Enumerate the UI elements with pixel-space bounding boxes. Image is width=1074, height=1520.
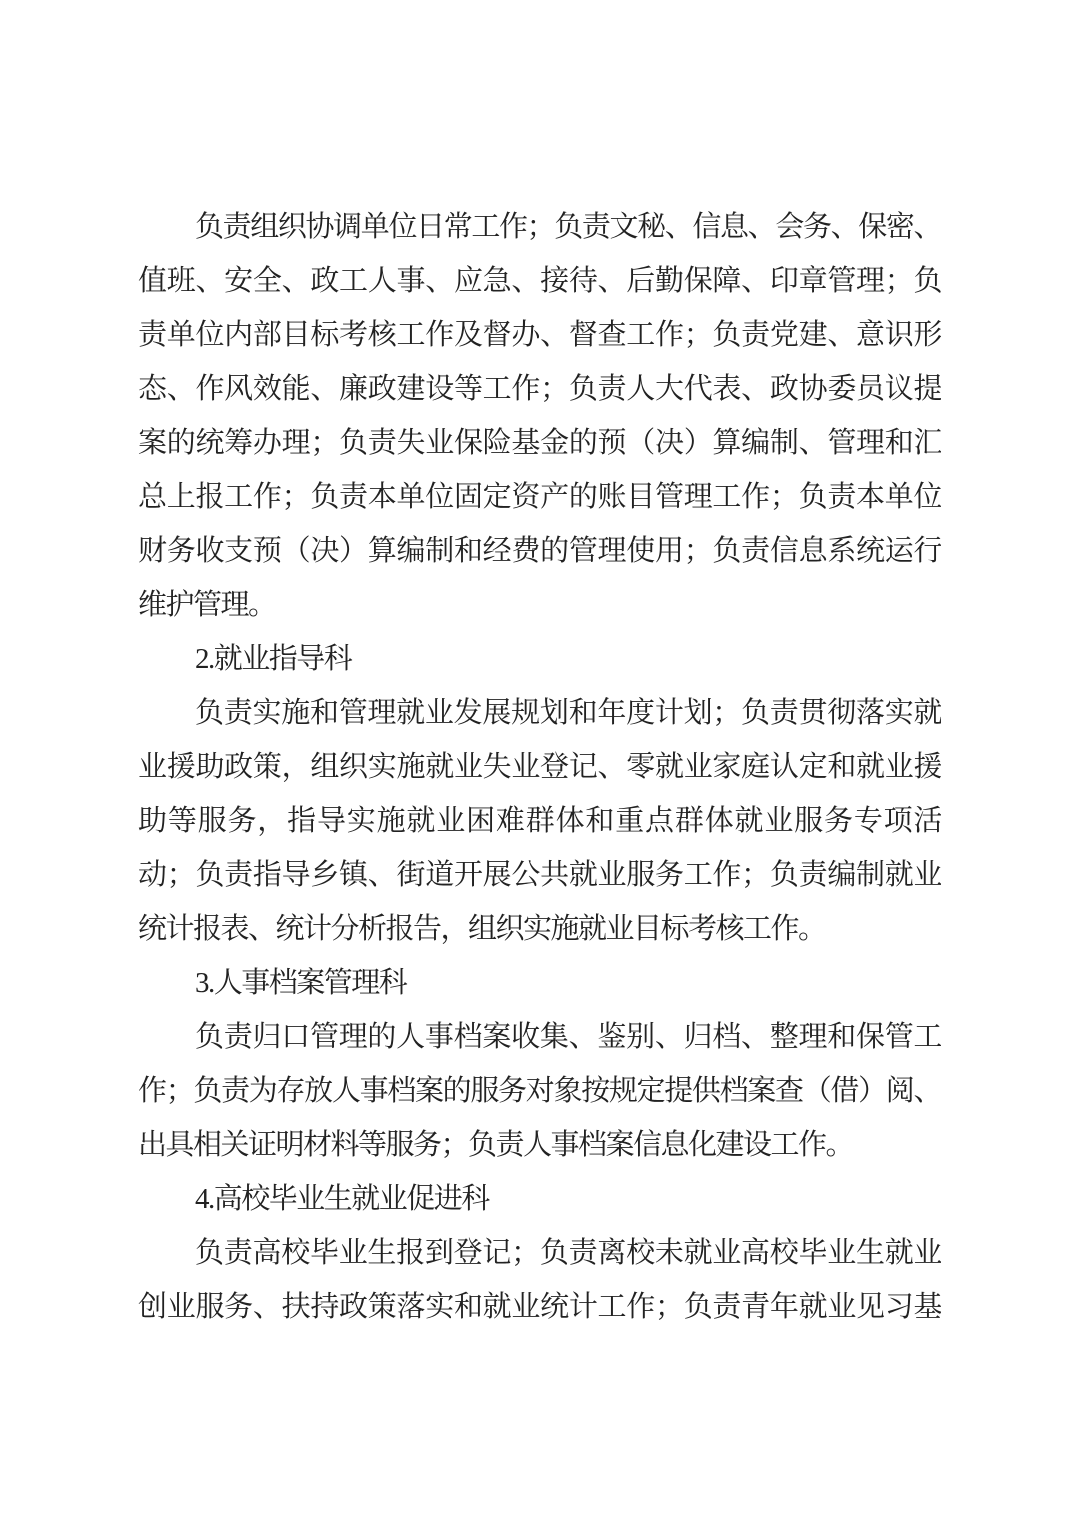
text-line: 统计报表、统计分析报告，组织实施就业目标考核工作。: [138, 902, 941, 956]
document-page: 负责组织协调单位日常工作；负责文秘、信息、会务、保密、值班、安全、政工人事、应急…: [0, 0, 1074, 1520]
text-line: 负责高校毕业生报到登记；负责离校未就业高校毕业生就业: [138, 1226, 941, 1280]
text-line: 助等服务，指导实施就业困难群体和重点群体就业服务专项活: [138, 794, 941, 848]
text-line: 业援助政策，组织实施就业失业登记、零就业家庭认定和就业援: [138, 740, 941, 794]
text-line: 出具相关证明材料等服务；负责人事档案信息化建设工作。: [138, 1118, 941, 1172]
section-heading: 2.就业指导科: [138, 632, 941, 686]
text-line: 态、作风效能、廉政建设等工作；负责人大代表、政协委员议提: [138, 362, 941, 416]
text-line: 作；负责为存放人事档案的服务对象按规定提供档案查（借）阅、: [138, 1064, 941, 1118]
section-heading: 4.高校毕业生就业促进科: [138, 1172, 941, 1226]
section-heading: 3.人事档案管理科: [138, 956, 941, 1010]
text-line: 负责实施和管理就业发展规划和年度计划；负责贯彻落实就: [138, 686, 941, 740]
text-line: 负责组织协调单位日常工作；负责文秘、信息、会务、保密、: [138, 200, 941, 254]
text-line: 创业服务、扶持政策落实和就业统计工作；负责青年就业见习基: [138, 1280, 941, 1334]
text-line: 责单位内部目标考核工作及督办、督查工作；负责党建、意识形: [138, 308, 941, 362]
document-text: 负责组织协调单位日常工作；负责文秘、信息、会务、保密、值班、安全、政工人事、应急…: [138, 200, 941, 1334]
text-line: 案的统筹办理；负责失业保险基金的预（决）算编制、管理和汇: [138, 416, 941, 470]
text-line: 总上报工作；负责本单位固定资产的账目管理工作；负责本单位: [138, 470, 941, 524]
text-line: 值班、安全、政工人事、应急、接待、后勤保障、印章管理；负: [138, 254, 941, 308]
text-line: 负责归口管理的人事档案收集、鉴别、归档、整理和保管工: [138, 1010, 941, 1064]
text-line: 财务收支预（决）算编制和经费的管理使用；负责信息系统运行: [138, 524, 941, 578]
text-line: 动；负责指导乡镇、街道开展公共就业服务工作；负责编制就业: [138, 848, 941, 902]
text-line: 维护管理。: [138, 578, 941, 632]
